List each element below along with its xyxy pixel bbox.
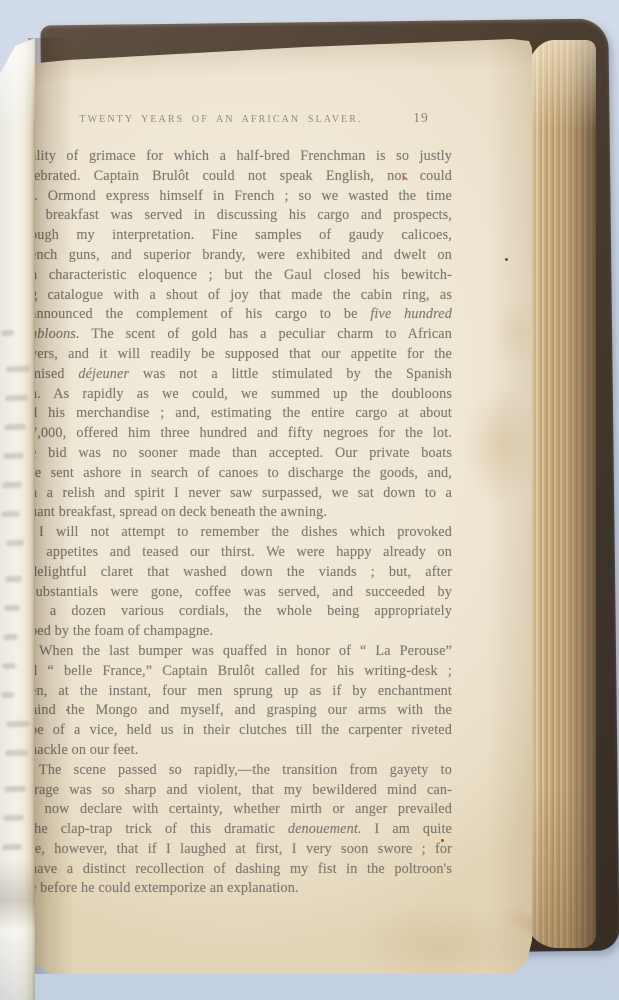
text-segment: When the last bumper was quaffed in hono… [39, 643, 452, 659]
text-line: The scene passed so rapidly,—the transit… [30, 761, 452, 781]
showthrough-mark [6, 721, 30, 728]
page-speck [505, 258, 508, 261]
text-segment: e before he could extemporize an explana… [30, 880, 299, 896]
text-segment: ough my interpretation. Fine samples of … [30, 227, 452, 243]
showthrough-mark [1, 692, 14, 698]
showthrough-mark [4, 424, 26, 431]
text-segment: mised [30, 366, 78, 382]
text-line: h characteristic eloquence ; but the Gau… [30, 266, 452, 286]
showthrough-mark [5, 395, 28, 402]
text-block: ality of grimace for which a half-bred F… [30, 147, 452, 899]
text-line: ped by the foam of champagne. [30, 622, 452, 642]
page-edges-fore-edge [524, 40, 596, 948]
text-segment: the clap-trap trick of this dramatic [30, 821, 288, 837]
text-line: f a dozen various cordials, the whole be… [30, 602, 452, 622]
showthrough-mark [1, 511, 20, 518]
text-segment: ench guns, and superior brandy, were exh… [30, 247, 452, 263]
text-segment: h characteristic eloquence ; but the Gau… [30, 267, 452, 283]
showthrough-mark [3, 634, 18, 641]
text-segment: announced the complement of his cargo to… [30, 306, 370, 322]
text-line: substantials were gone, coffee was serve… [30, 583, 452, 603]
text-line: uant breakfast, spread on deck beneath t… [30, 503, 452, 523]
text-segment: hackle on our feet. [30, 742, 138, 758]
text-line: trage was so sharp and violent, that my … [30, 781, 452, 801]
italic-text-segment: déjeuner [78, 366, 129, 382]
text-segment: d “ belle France,” Captain Brulôt called… [30, 663, 452, 679]
text-segment: r. Ormond express himself in French ; so… [30, 188, 452, 204]
text-line: hind the Mongo and myself, and grasping … [30, 701, 452, 721]
showthrough-mark [5, 576, 22, 583]
text-segment: The scent of gold has a peculiar charm t… [80, 326, 452, 342]
text-segment: g catalogue with a shout of joy that mad… [30, 287, 452, 303]
text-line: announced the complement of his cargo to… [30, 305, 452, 325]
text-line: d his merchandise ; and, estimating the … [30, 404, 452, 424]
showthrough-mark [4, 605, 20, 612]
showthrough-mark [2, 482, 22, 489]
text-segment: hind the Mongo and myself, and grasping … [30, 702, 452, 718]
text-segment: have a distinct recollection of dashing … [30, 861, 452, 877]
text-line: r. Ormond express himself in French ; so… [30, 187, 452, 207]
text-line: I will not attempt to remember the dishe… [30, 523, 452, 543]
italic-text-segment: five hundred [370, 306, 452, 322]
text-line: ough my interpretation. Fine samples of … [30, 226, 452, 246]
page-speck [441, 839, 444, 842]
showthrough-mark [1, 330, 14, 336]
text-segment: r appetites and teased our thirst. We we… [30, 544, 452, 560]
text-segment: I will not attempt to remember the dishe… [39, 524, 452, 540]
text-segment: l breakfast was served in discussing his… [30, 207, 452, 223]
page-stain [323, 888, 558, 1000]
photo-backdrop: TWENTY YEARS OF AN AFRICAN SLAVER. 19 al… [0, 0, 619, 1000]
text-segment: re, however, that if I laughed at first,… [30, 841, 452, 857]
text-line: h a relish and spirit I never saw surpas… [30, 484, 452, 504]
showthrough-mark [3, 453, 24, 460]
text-line: t now declare with certainty, whether mi… [30, 800, 452, 820]
showthrough-text-marks [0, 330, 30, 890]
text-line: hackle on our feet. [30, 741, 452, 761]
text-segment: pe of a vice, held us in their clutches … [30, 722, 452, 738]
text-line: l breakfast was served in discussing his… [30, 206, 452, 226]
text-segment: t now declare with certainty, whether mi… [30, 801, 452, 817]
text-line: When the last bumper was quaffed in hono… [30, 642, 452, 662]
text-line: g catalogue with a shout of joy that mad… [30, 286, 452, 306]
page-number: 19 [406, 110, 436, 126]
text-segment: was not a little stimulated by the Spani… [129, 366, 452, 382]
text-line: n. As rapidly as we could, we summed up … [30, 385, 452, 405]
showthrough-mark [3, 815, 24, 822]
text-line: ality of grimace for which a half-bred F… [30, 147, 452, 167]
text-line: d “ belle France,” Captain Brulôt called… [30, 662, 452, 682]
text-segment: substantials were gone, coffee was serve… [30, 584, 452, 600]
text-segment: I am quite [362, 821, 452, 837]
showthrough-mark [5, 750, 28, 757]
text-segment: ality of grimace for which a half-bred F… [30, 148, 452, 164]
running-title: TWENTY YEARS OF AN AFRICAN SLAVER. [56, 114, 386, 125]
text-segment: lebrated. Captain Brulôt could not speak… [30, 168, 452, 184]
text-segment: f a dozen various cordials, the whole be… [30, 603, 452, 619]
text-line: the clap-trap trick of this dramatic den… [30, 820, 452, 840]
text-line: mised déjeuner was not a little stimulat… [30, 365, 452, 385]
text-segment: d his merchandise ; and, estimating the … [30, 405, 452, 421]
text-segment: uant breakfast, spread on deck beneath t… [30, 504, 327, 520]
text-segment: en, at the instant, four men sprung up a… [30, 683, 452, 699]
text-segment: n. As rapidly as we could, we summed up … [30, 386, 452, 402]
text-line: lebrated. Captain Brulôt could not speak… [30, 167, 452, 187]
text-line: en, at the instant, four men sprung up a… [30, 682, 452, 702]
text-line: ubloons. The scent of gold has a peculia… [30, 325, 452, 345]
text-segment: h a relish and spirit I never saw surpas… [30, 485, 452, 501]
showthrough-mark [2, 663, 16, 669]
text-line: re sent ashore in search of canoes to di… [30, 464, 452, 484]
italic-text-segment: denouement. [288, 821, 362, 837]
text-segment: trage was so sharp and violent, that my … [30, 782, 452, 798]
text-line: pe of a vice, held us in their clutches … [30, 721, 452, 741]
text-segment: The scene passed so rapidly,—the transit… [39, 762, 452, 778]
italic-text-segment: ubloons. [30, 326, 80, 342]
showthrough-mark [6, 540, 24, 547]
text-line: vers, and it will readily be supposed th… [30, 345, 452, 365]
text-line: 7,000, offered him three hundred and fif… [30, 424, 452, 444]
text-line: r appetites and teased our thirst. We we… [30, 543, 452, 563]
text-segment: delightful claret that washed down the v… [30, 564, 452, 580]
showthrough-mark [4, 786, 26, 793]
showthrough-mark [6, 366, 30, 373]
text-segment: 7,000, offered him three hundred and fif… [30, 425, 452, 441]
showthrough-mark [2, 844, 22, 851]
text-segment: e bid was no sooner made than accepted. … [30, 445, 452, 461]
page-speck [66, 709, 68, 711]
text-line: re, however, that if I laughed at first,… [30, 840, 452, 860]
text-line: e bid was no sooner made than accepted. … [30, 444, 452, 464]
text-segment: re sent ashore in search of canoes to di… [30, 465, 452, 481]
text-line: ench guns, and superior brandy, were exh… [30, 246, 452, 266]
text-line: delightful claret that washed down the v… [30, 563, 452, 583]
text-segment: vers, and it will readily be supposed th… [30, 346, 452, 362]
text-line: e before he could extemporize an explana… [30, 879, 452, 899]
text-line: have a distinct recollection of dashing … [30, 860, 452, 880]
text-segment: ped by the foam of champagne. [30, 623, 213, 639]
